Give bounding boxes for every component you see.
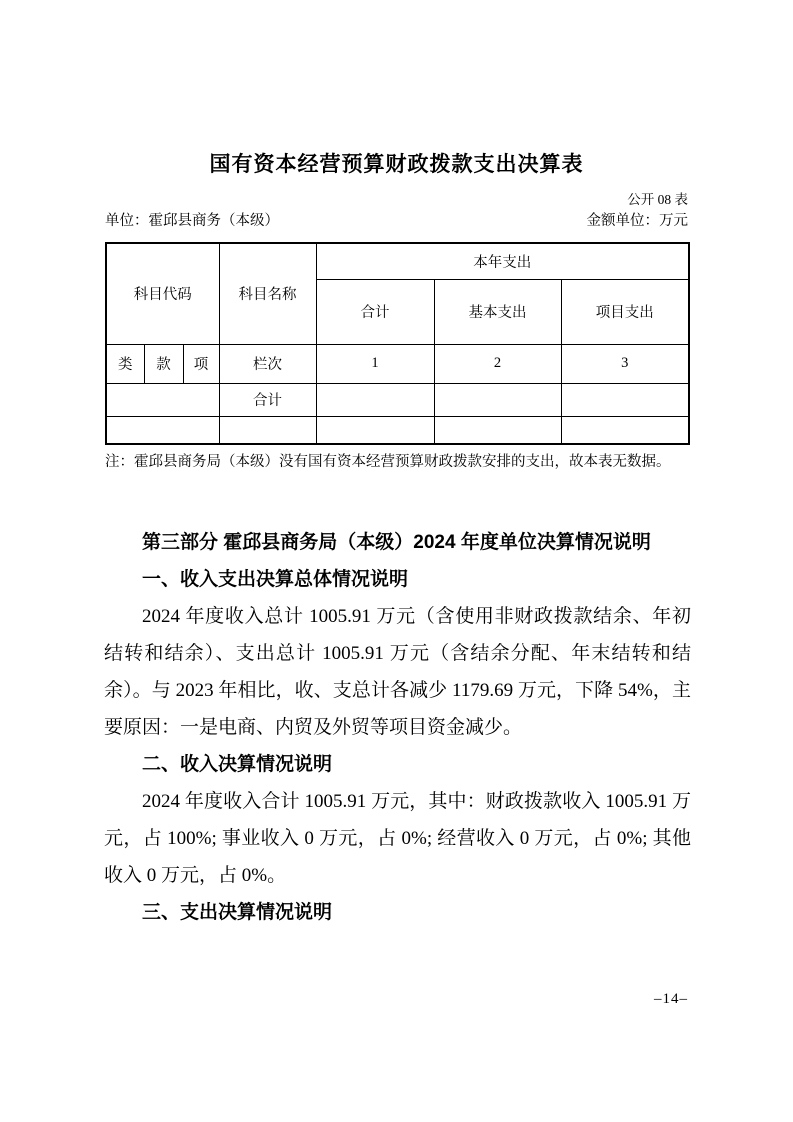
document-title: 国有资本经营预算财政拨款支出决算表 xyxy=(0,148,793,178)
header-col-no-3: 3 xyxy=(561,344,689,383)
header-col-no-2: 2 xyxy=(434,344,561,383)
cell-project xyxy=(561,416,689,444)
header-basic-expenditure: 基本支出 xyxy=(434,279,561,344)
header-project-expenditure: 项目支出 xyxy=(561,279,689,344)
header-subject-code: 科目代码 xyxy=(106,243,219,344)
table-row xyxy=(106,416,689,444)
expenditure-table: 科目代码 科目名称 本年支出 合计 基本支出 项目支出 类 款 项 栏次 1 2… xyxy=(105,242,690,445)
cell-code xyxy=(106,383,219,416)
table-note: 注：霍邱县商务局（本级）没有国有资本经营预算财政拨款安排的支出，故本表无数据。 xyxy=(105,451,691,474)
header-total: 合计 xyxy=(316,279,434,344)
header-subject-name: 科目名称 xyxy=(219,243,316,344)
document-page: 国有资本经营预算财政拨款支出决算表 公开 08 表 单位：霍邱县商务（本级） 金… xyxy=(0,0,793,1122)
narrative-section: 第三部分 霍邱县商务局（本级）2024 年度单位决算情况说明 一、收入支出决算总… xyxy=(104,524,691,931)
header-column-label: 栏次 xyxy=(219,344,316,383)
section1-heading: 一、收入支出决算总体情况说明 xyxy=(104,561,691,598)
form-number-label: 公开 08 表 xyxy=(105,188,688,208)
section3-heading: 三、支出决算情况说明 xyxy=(104,894,691,931)
header-code-item: 项 xyxy=(183,344,219,383)
header-code-section: 款 xyxy=(144,344,183,383)
unit-label: 单位：霍邱县商务（本级） xyxy=(105,209,279,230)
table-row: 类 款 项 栏次 1 2 3 xyxy=(106,344,689,383)
amount-unit-label: 金额单位：万元 xyxy=(587,209,689,230)
section2-heading: 二、收入决算情况说明 xyxy=(104,746,691,783)
part3-heading: 第三部分 霍邱县商务局（本级）2024 年度单位决算情况说明 xyxy=(104,524,691,561)
header-code-class: 类 xyxy=(106,344,144,383)
header-col-no-1: 1 xyxy=(316,344,434,383)
header-current-year-expenditure: 本年支出 xyxy=(316,243,689,279)
cell-name: 合计 xyxy=(219,383,316,416)
page-number: –14– xyxy=(105,991,688,1008)
cell-project xyxy=(561,383,689,416)
table-meta-row: 单位：霍邱县商务（本级） 金额单位：万元 xyxy=(105,209,688,230)
cell-total xyxy=(316,383,434,416)
table-row: 合计 xyxy=(106,383,689,416)
cell-basic xyxy=(434,416,561,444)
section2-paragraph: 2024 年度收入合计 1005.91 万元，其中：财政拨款收入 1005.91… xyxy=(104,783,691,894)
cell-code xyxy=(106,416,219,444)
cell-basic xyxy=(434,383,561,416)
section1-paragraph: 2024 年度收入总计 1005.91 万元（含使用非财政拨款结余、年初结转和结… xyxy=(104,598,691,746)
table-row: 科目代码 科目名称 本年支出 xyxy=(106,243,689,279)
cell-name xyxy=(219,416,316,444)
cell-total xyxy=(316,416,434,444)
